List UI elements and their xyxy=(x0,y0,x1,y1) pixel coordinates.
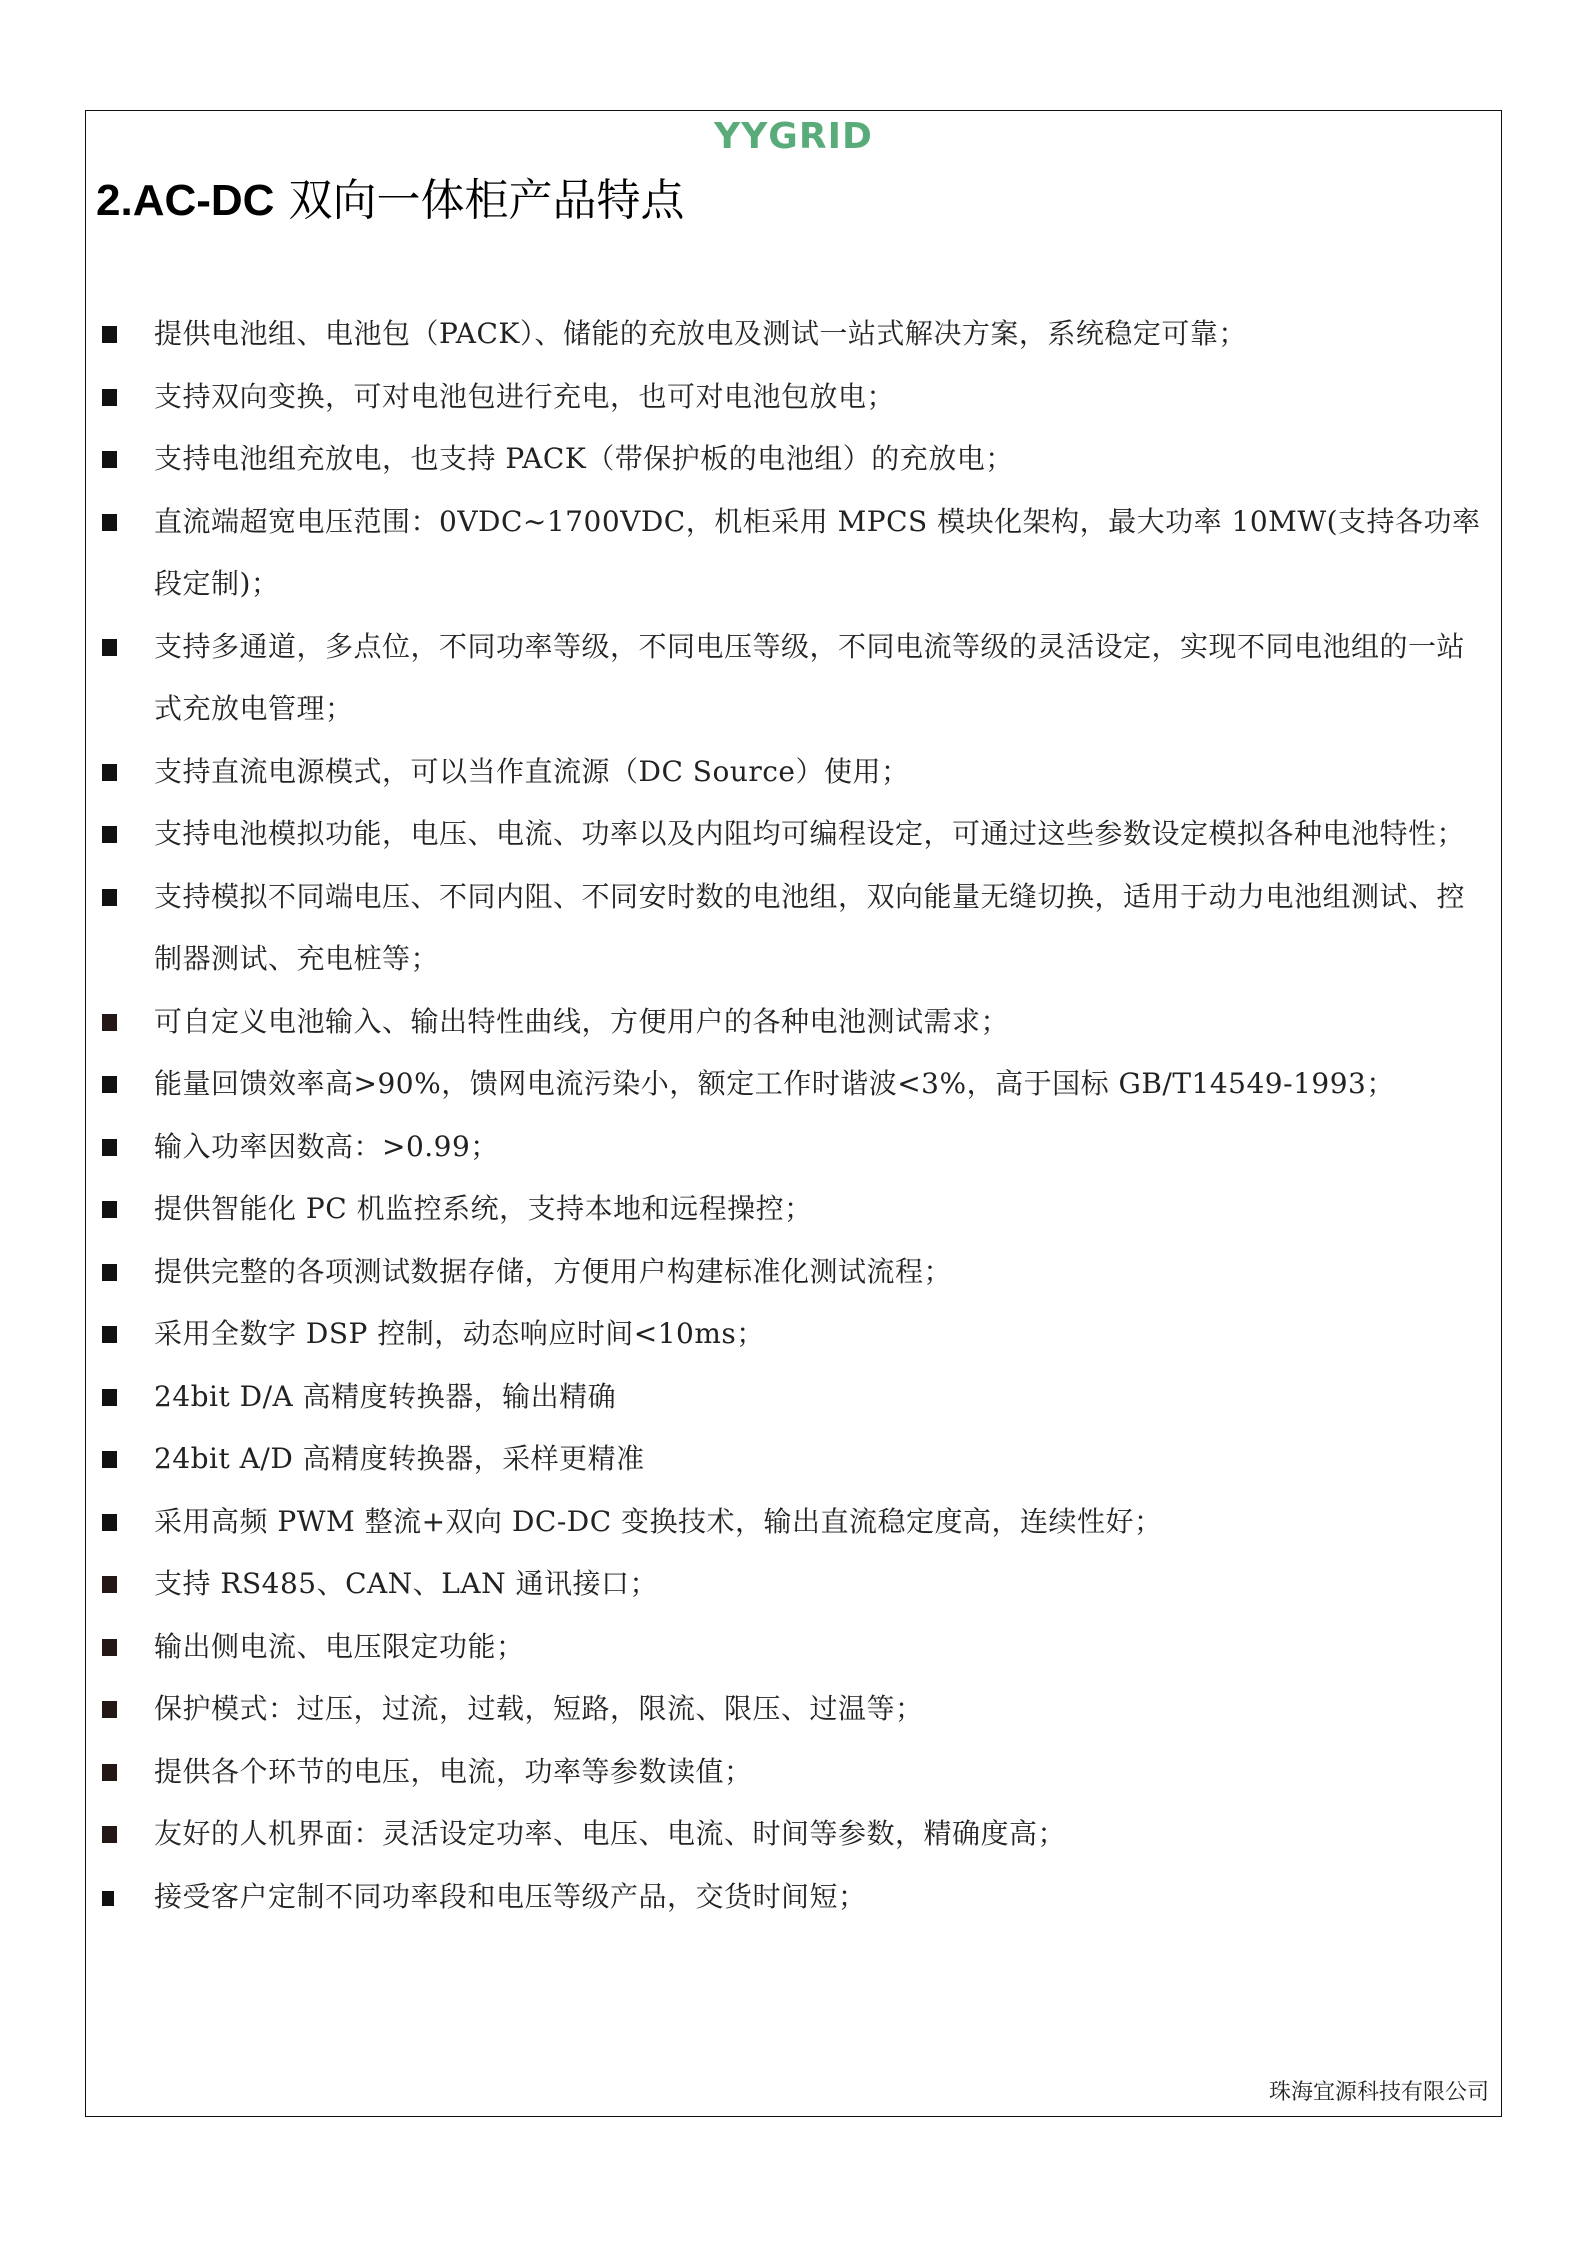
feature-text: 24bit A/D 高精度转换器，采样更精准 xyxy=(154,1442,645,1475)
list-item: 提供电池组、电池包（PACK）、储能的充放电及测试一站式解决方案，系统稳定可靠； xyxy=(98,303,1493,366)
list-item: 支持电池组充放电，也支持 PACK（带保护板的电池组）的充放电； xyxy=(98,428,1493,491)
feature-text: 直流端超宽电压范围：0VDC~1700VDC，机柜采用 MPCS 模块化架构，最… xyxy=(154,505,1481,601)
list-item: 支持模拟不同端电压、不同内阻、不同安时数的电池组，双向能量无缝切换，适用于动力电… xyxy=(98,866,1493,991)
feature-text: 支持双向变换，可对电池包进行充电，也可对电池包放电； xyxy=(154,380,895,413)
list-item: 可自定义电池输入、输出特性曲线，方便用户的各种电池测试需求； xyxy=(98,991,1493,1054)
square-bullet-icon xyxy=(102,1576,117,1593)
square-bullet-icon xyxy=(102,826,117,843)
list-item: 输出侧电流、电压限定功能； xyxy=(98,1616,1493,1679)
feature-text: 支持直流电源模式，可以当作直流源（DC Source）使用； xyxy=(154,755,910,788)
square-bullet-icon xyxy=(102,1826,117,1843)
feature-text: 输出侧电流、电压限定功能； xyxy=(154,1630,525,1663)
square-bullet-icon xyxy=(102,764,117,781)
feature-text: 提供各个环节的电压，电流，功率等参数读值； xyxy=(154,1755,753,1788)
feature-text: 能量回馈效率高>90%，馈网电流污染小，额定工作时谐波<3%，高于国标 GB/T… xyxy=(154,1067,1395,1100)
list-item: 提供各个环节的电压，电流，功率等参数读值； xyxy=(98,1741,1493,1804)
list-item: 支持双向变换，可对电池包进行充电，也可对电池包放电； xyxy=(98,366,1493,429)
feature-text: 支持模拟不同端电压、不同内阻、不同安时数的电池组，双向能量无缝切换，适用于动力电… xyxy=(154,880,1465,976)
list-item: 24bit D/A 高精度转换器，输出精确 xyxy=(98,1366,1493,1429)
square-bullet-icon xyxy=(102,1639,117,1656)
feature-text: 支持电池模拟功能，电压、电流、功率以及内阻均可编程设定，可通过这些参数设定模拟各… xyxy=(154,817,1465,850)
square-bullet-icon xyxy=(102,1264,117,1281)
title-text: 双向一体柜产品特点 xyxy=(274,175,684,226)
feature-text: 提供智能化 PC 机监控系统，支持本地和远程操控； xyxy=(154,1192,813,1225)
list-item: 采用全数字 DSP 控制，动态响应时间<10ms； xyxy=(98,1303,1493,1366)
list-item: 接受客户定制不同功率段和电压等级产品，交货时间短； xyxy=(98,1866,1493,1929)
list-item: 24bit A/D 高精度转换器，采样更精准 xyxy=(98,1428,1493,1491)
list-item: 保护模式：过压，过流，过载，短路，限流、限压、过温等； xyxy=(98,1678,1493,1741)
list-item: 提供智能化 PC 机监控系统，支持本地和远程操控； xyxy=(98,1178,1493,1241)
square-bullet-icon xyxy=(102,1014,117,1031)
square-bullet-icon xyxy=(102,389,117,406)
feature-list: 提供电池组、电池包（PACK）、储能的充放电及测试一站式解决方案，系统稳定可靠；… xyxy=(98,303,1493,1928)
feature-text: 采用高频 PWM 整流+双向 DC-DC 变换技术，输出直流稳定度高，连续性好； xyxy=(154,1505,1163,1538)
feature-text: 提供电池组、电池包（PACK）、储能的充放电及测试一站式解决方案，系统稳定可靠； xyxy=(154,317,1247,350)
list-item: 能量回馈效率高>90%，馈网电流污染小，额定工作时谐波<3%，高于国标 GB/T… xyxy=(98,1053,1493,1116)
feature-text: 友好的人机界面：灵活设定功率、电压、电流、时间等参数，精确度高； xyxy=(154,1817,1066,1850)
square-bullet-icon xyxy=(102,1764,117,1781)
square-bullet-icon xyxy=(102,451,117,468)
list-item: 支持直流电源模式，可以当作直流源（DC Source）使用； xyxy=(98,741,1493,804)
list-item: 采用高频 PWM 整流+双向 DC-DC 变换技术，输出直流稳定度高，连续性好； xyxy=(98,1491,1493,1554)
square-bullet-icon xyxy=(102,639,117,656)
feature-text: 支持电池组充放电，也支持 PACK（带保护板的电池组）的充放电； xyxy=(154,442,1014,475)
list-item: 友好的人机界面：灵活设定功率、电压、电流、时间等参数，精确度高； xyxy=(98,1803,1493,1866)
square-bullet-icon xyxy=(102,1139,117,1156)
square-bullet-icon xyxy=(102,1326,117,1343)
feature-text: 提供完整的各项测试数据存储，方便用户构建标准化测试流程； xyxy=(154,1255,952,1288)
square-bullet-icon xyxy=(102,326,117,343)
brand-logo: YYGRID xyxy=(86,115,1501,159)
page-title: 2.AC-DC 双向一体柜产品特点 xyxy=(96,171,684,231)
feature-text: 输入功率因数高：>0.99； xyxy=(154,1130,499,1163)
title-prefix: 2.AC-DC xyxy=(96,176,274,225)
square-bullet-icon xyxy=(102,1451,117,1468)
feature-text: 接受客户定制不同功率段和电压等级产品，交货时间短； xyxy=(154,1880,867,1913)
square-bullet-icon xyxy=(102,889,117,906)
feature-text: 支持多通道，多点位，不同功率等级，不同电压等级，不同电流等级的灵活设定，实现不同… xyxy=(154,630,1465,726)
square-bullet-icon xyxy=(102,514,117,531)
square-bullet-icon xyxy=(102,1891,114,1906)
list-item: 直流端超宽电压范围：0VDC~1700VDC，机柜采用 MPCS 模块化架构，最… xyxy=(98,491,1493,616)
feature-text: 采用全数字 DSP 控制，动态响应时间<10ms； xyxy=(154,1317,765,1350)
footer-company-name: 珠海宜源科技有限公司 xyxy=(1269,2078,1489,2108)
list-item: 输入功率因数高：>0.99； xyxy=(98,1116,1493,1179)
feature-text: 支持 RS485、CAN、LAN 通讯接口； xyxy=(154,1567,658,1600)
square-bullet-icon xyxy=(102,1076,117,1093)
list-item: 支持电池模拟功能，电压、电流、功率以及内阻均可编程设定，可通过这些参数设定模拟各… xyxy=(98,803,1493,866)
feature-text: 保护模式：过压，过流，过载，短路，限流、限压、过温等； xyxy=(154,1692,924,1725)
list-item: 支持 RS485、CAN、LAN 通讯接口； xyxy=(98,1553,1493,1616)
page-frame: YYGRID 2.AC-DC 双向一体柜产品特点 提供电池组、电池包（PACK）… xyxy=(85,110,1502,2117)
square-bullet-icon xyxy=(102,1514,117,1531)
list-item: 提供完整的各项测试数据存储，方便用户构建标准化测试流程； xyxy=(98,1241,1493,1304)
square-bullet-icon xyxy=(102,1701,117,1718)
list-item: 支持多通道，多点位，不同功率等级，不同电压等级，不同电流等级的灵活设定，实现不同… xyxy=(98,616,1493,741)
feature-text: 24bit D/A 高精度转换器，输出精确 xyxy=(154,1380,616,1413)
square-bullet-icon xyxy=(102,1201,117,1218)
feature-text: 可自定义电池输入、输出特性曲线，方便用户的各种电池测试需求； xyxy=(154,1005,1009,1038)
square-bullet-icon xyxy=(102,1389,117,1406)
